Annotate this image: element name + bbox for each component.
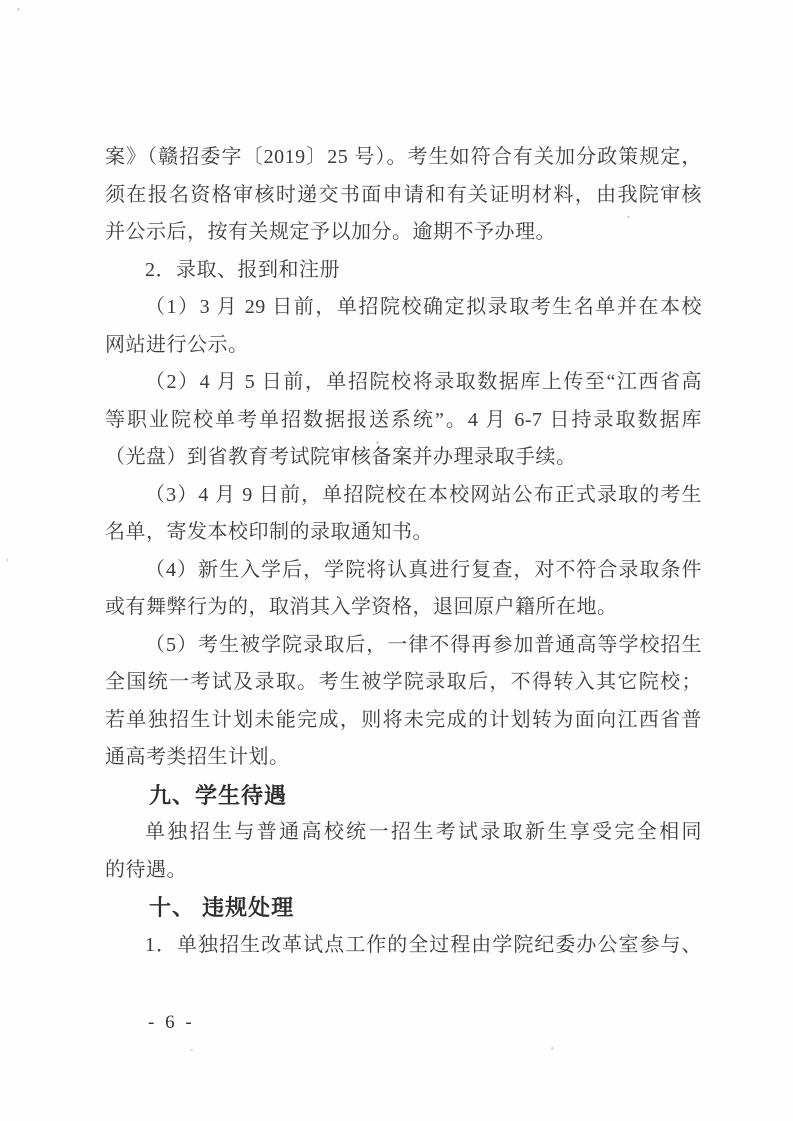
doc-line: 并公示后，按有关规定予以加分。逾期不予办理。 (105, 214, 702, 252)
doc-line: 若单独招生计划未能完成，则将未完成的计划转为面向江西省普 (105, 702, 702, 740)
section-heading-ten: 十、 违规处理 (105, 889, 702, 927)
document-body: 案》（赣招委字〔2019〕25 号）。考生如符合有关加分政策规定， 须在报名资格… (105, 139, 702, 964)
scan-speck (190, 1049, 193, 1051)
doc-line: 须在报名资格审核时递交书面申请和有关证明材料，由我院审核 (105, 177, 702, 215)
doc-line: （3）4 月 9 日前，单招院校在本校网站公布正式录取的考生 (105, 477, 702, 515)
doc-line: 案》（赣招委字〔2019〕25 号）。考生如符合有关加分政策规定， (105, 139, 702, 177)
doc-line: （光盘）到省教育考试院审核备案并办理录取手续。 (105, 439, 702, 477)
scan-speck (627, 216, 630, 218)
doc-line: （1）3 月 29 日前，单招院校确定拟录取考生名单并在本校 (105, 289, 702, 327)
doc-line: 单独招生与普通高校统一招生考试录取新生享受完全相同 (105, 814, 702, 852)
doc-line: 的待遇。 (105, 852, 702, 890)
doc-line: （5）考生被学院录取后，一律不得再参加普通高等学校招生 (105, 627, 702, 665)
doc-line: （2）4 月 5 日前，单招院校将录取数据库上传至“江西省高 (105, 364, 702, 402)
doc-line: 全国统一考试及录取。考生被学院录取后，不得转入其它院校； (105, 664, 702, 702)
doc-line: 1．单独招生改革试点工作的全过程由学院纪委办公室参与、 (105, 927, 702, 965)
section-heading-nine: 九、学生待遇 (105, 777, 702, 815)
doc-line: 等职业院校单考单招数据报送系统”。4 月 6-7 日持录取数据库 (105, 402, 702, 440)
scan-speck (17, 8, 20, 11)
doc-line: 或有舞弊行为的，取消其入学资格，退回原户籍所在地。 (105, 589, 702, 627)
doc-line: 网站进行公示。 (105, 327, 702, 365)
doc-line: （4）新生入学后，学院将认真进行复查，对不符合录取条件 (105, 552, 702, 590)
page-number: - 6 - (148, 1012, 195, 1034)
doc-line-subheading: 2．录取、报到和注册 (105, 252, 702, 290)
scan-speck (376, 441, 379, 444)
doc-line: 名单，寄发本校印制的录取通知书。 (105, 514, 702, 552)
doc-line: 通高考类招生计划。 (105, 739, 702, 777)
scan-speck (6, 558, 8, 562)
scan-speck (551, 1047, 554, 1050)
scanned-page: 案》（赣招委字〔2019〕25 号）。考生如符合有关加分政策规定， 须在报名资格… (0, 0, 793, 1121)
